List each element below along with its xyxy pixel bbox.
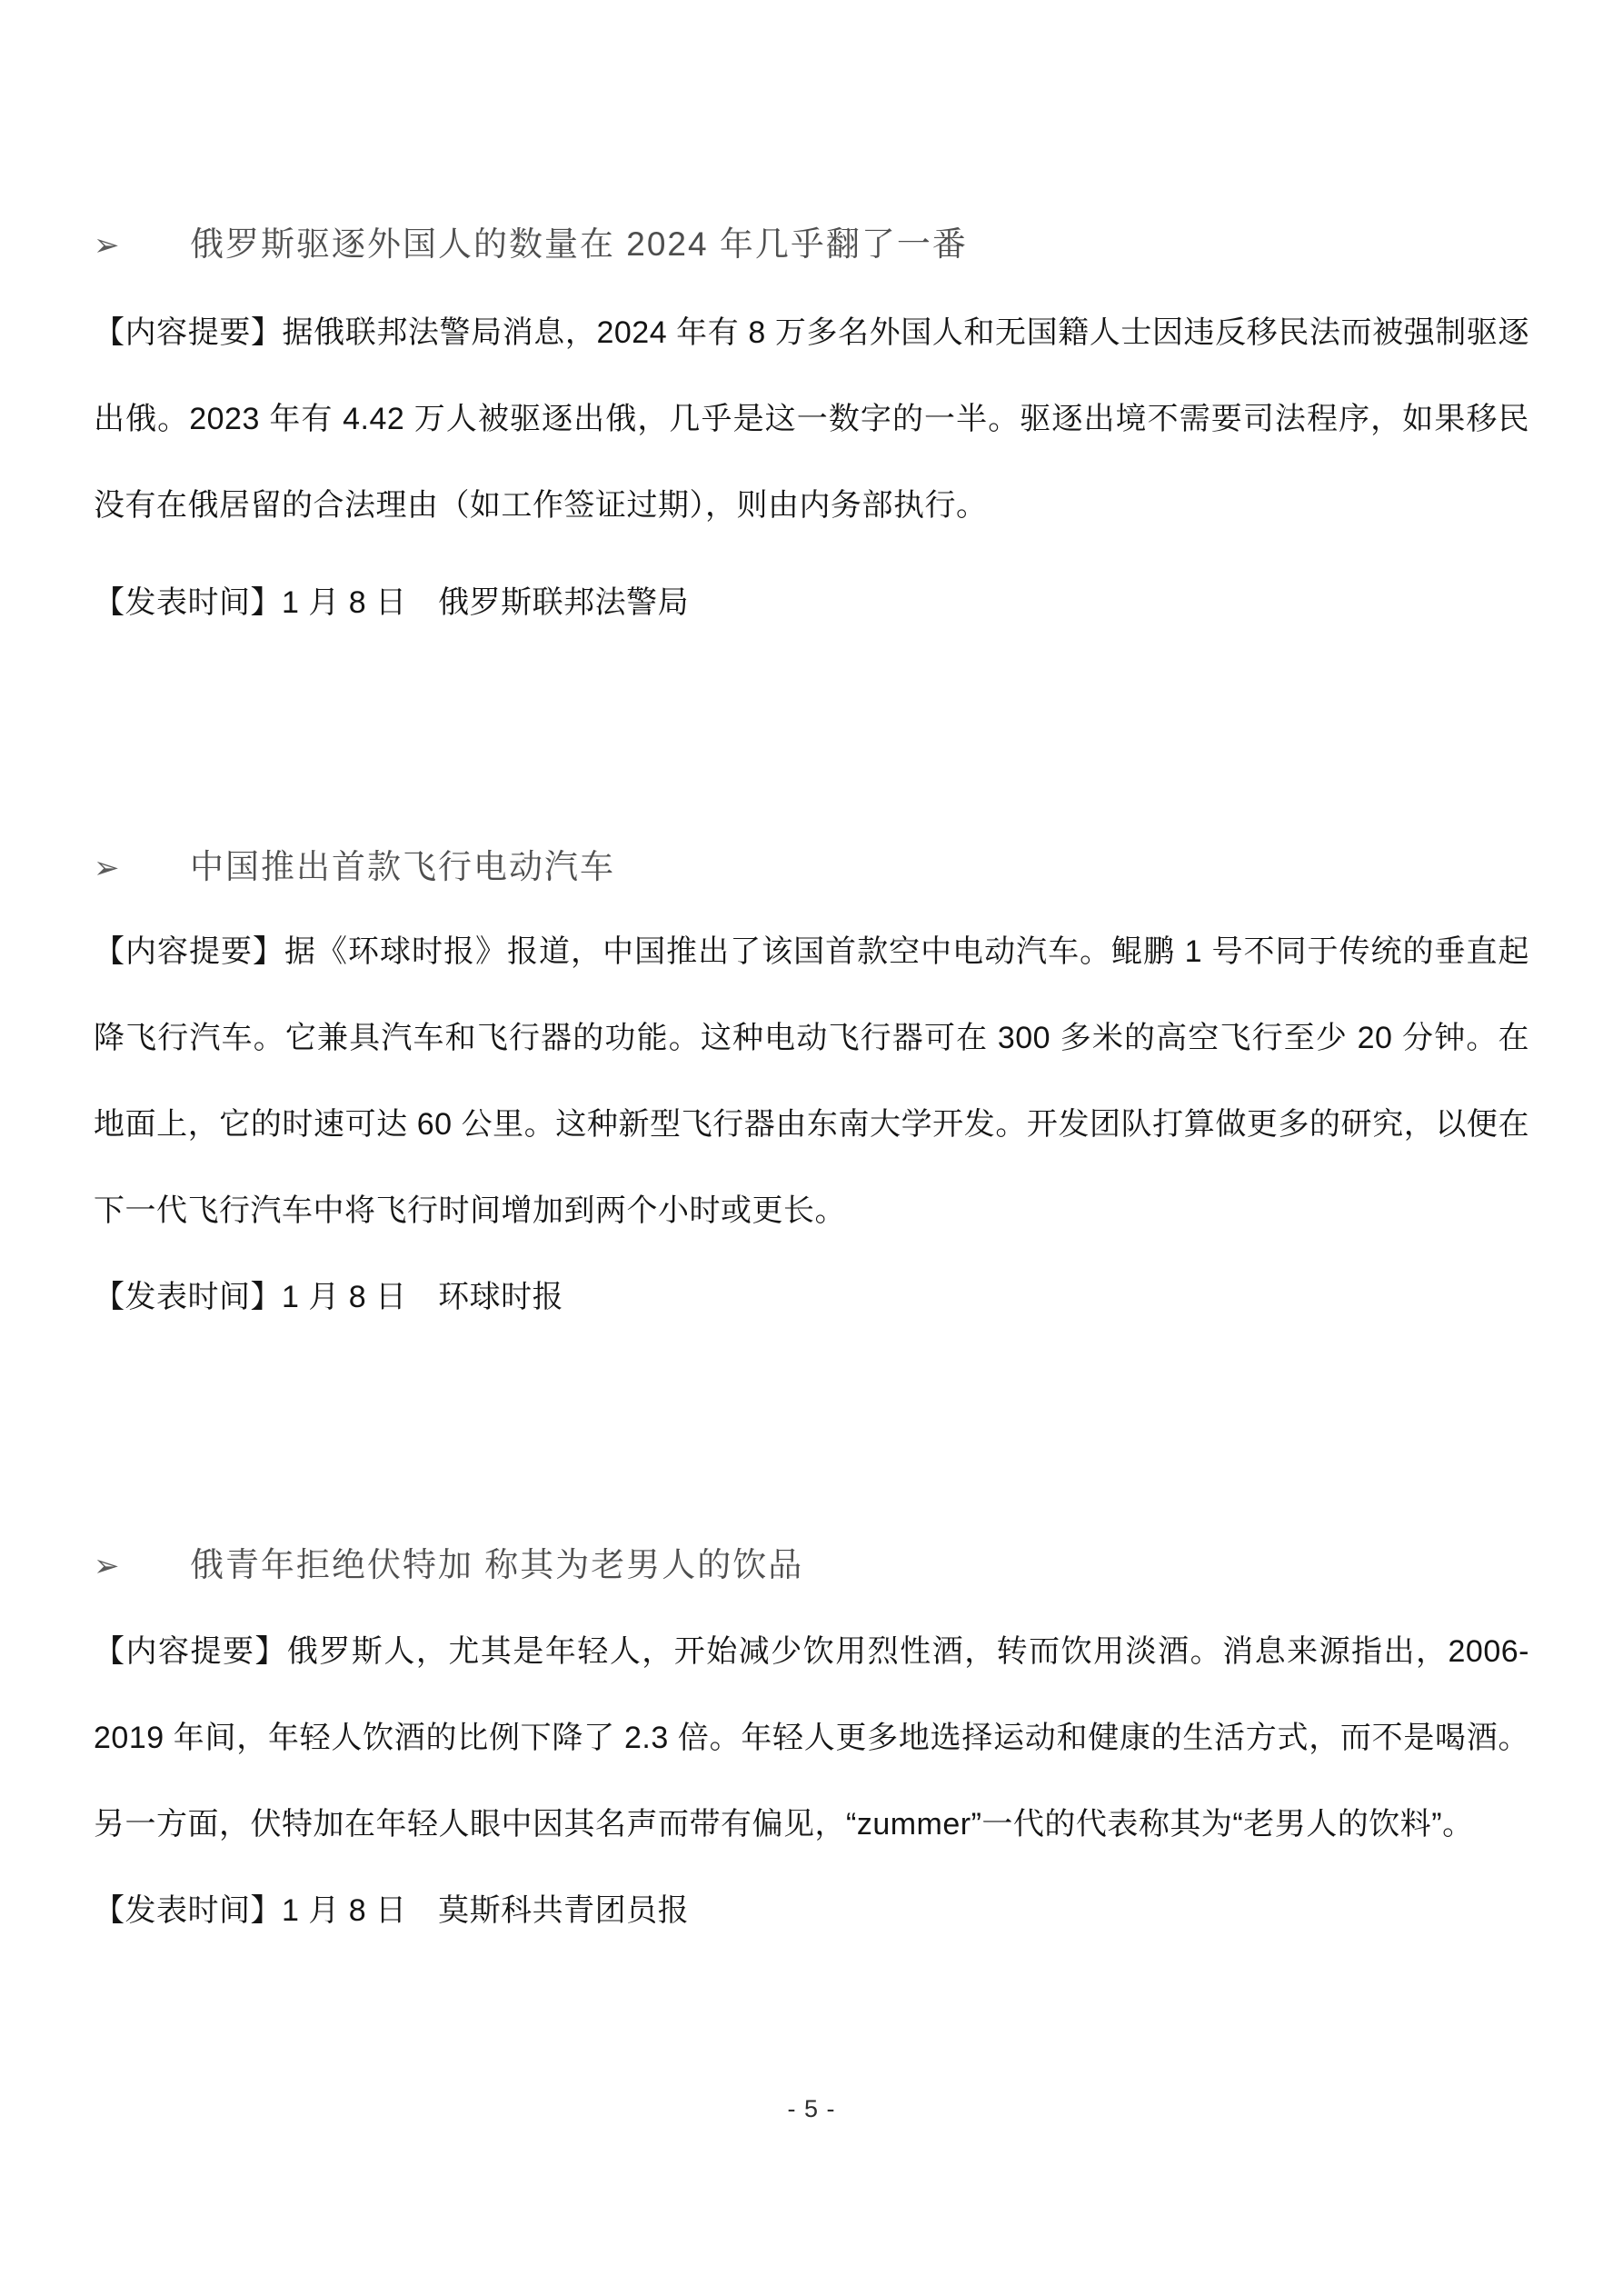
news-item-title: 中国推出首款飞行电动汽车 <box>190 848 615 885</box>
news-item-summary: 【内容提要】俄罗斯人，尤其是年轻人，开始减少饮用烈性酒，转而饮用淡酒。消息来源指… <box>94 1609 1529 1868</box>
news-item-summary: 【内容提要】据《环球时报》报道，中国推出了该国首款空中电动汽车。鲲鹏 1 号不同… <box>94 909 1529 1254</box>
document-page: ➢俄罗斯驱逐外国人的数量在 2024 年几乎翻了一番 【内容提要】据俄联邦法警局… <box>0 0 1623 2296</box>
news-item-published: 【发表时间】1 月 8 日 环球时报 <box>94 1254 1529 1341</box>
news-item: ➢中国推出首款飞行电动汽车 【内容提要】据《环球时报》报道，中国推出了该国首款空… <box>94 846 1529 1341</box>
news-item-heading: ➢中国推出首款飞行电动汽车 <box>94 846 1529 889</box>
news-item-title: 俄青年拒绝伏特加 称其为老男人的饮品 <box>190 1546 803 1583</box>
news-item-summary: 【内容提要】据俄联邦法警局消息，2024 年有 8 万多名外国人和无国籍人士因违… <box>94 290 1529 549</box>
news-item-heading: ➢俄青年拒绝伏特加 称其为老男人的饮品 <box>94 1544 1529 1587</box>
page-number: - 5 - <box>0 2093 1623 2124</box>
news-item: ➢俄罗斯驱逐外国人的数量在 2024 年几乎翻了一番 【内容提要】据俄联邦法警局… <box>94 224 1529 646</box>
arrow-bullet-icon: ➢ <box>94 225 190 266</box>
news-item-published: 【发表时间】1 月 8 日 俄罗斯联邦法警局 <box>94 560 1529 646</box>
document-content: ➢俄罗斯驱逐外国人的数量在 2024 年几乎翻了一番 【内容提要】据俄联邦法警局… <box>0 224 1623 1954</box>
news-item-title: 俄罗斯驱逐外国人的数量在 2024 年几乎翻了一番 <box>190 225 968 263</box>
arrow-bullet-icon: ➢ <box>94 1545 190 1587</box>
news-item: ➢俄青年拒绝伏特加 称其为老男人的饮品 【内容提要】俄罗斯人，尤其是年轻人，开始… <box>94 1544 1529 1954</box>
arrow-bullet-icon: ➢ <box>94 847 190 889</box>
news-item-published: 【发表时间】1 月 8 日 莫斯科共青团员报 <box>94 1868 1529 1954</box>
news-item-heading: ➢俄罗斯驱逐外国人的数量在 2024 年几乎翻了一番 <box>94 224 1529 266</box>
